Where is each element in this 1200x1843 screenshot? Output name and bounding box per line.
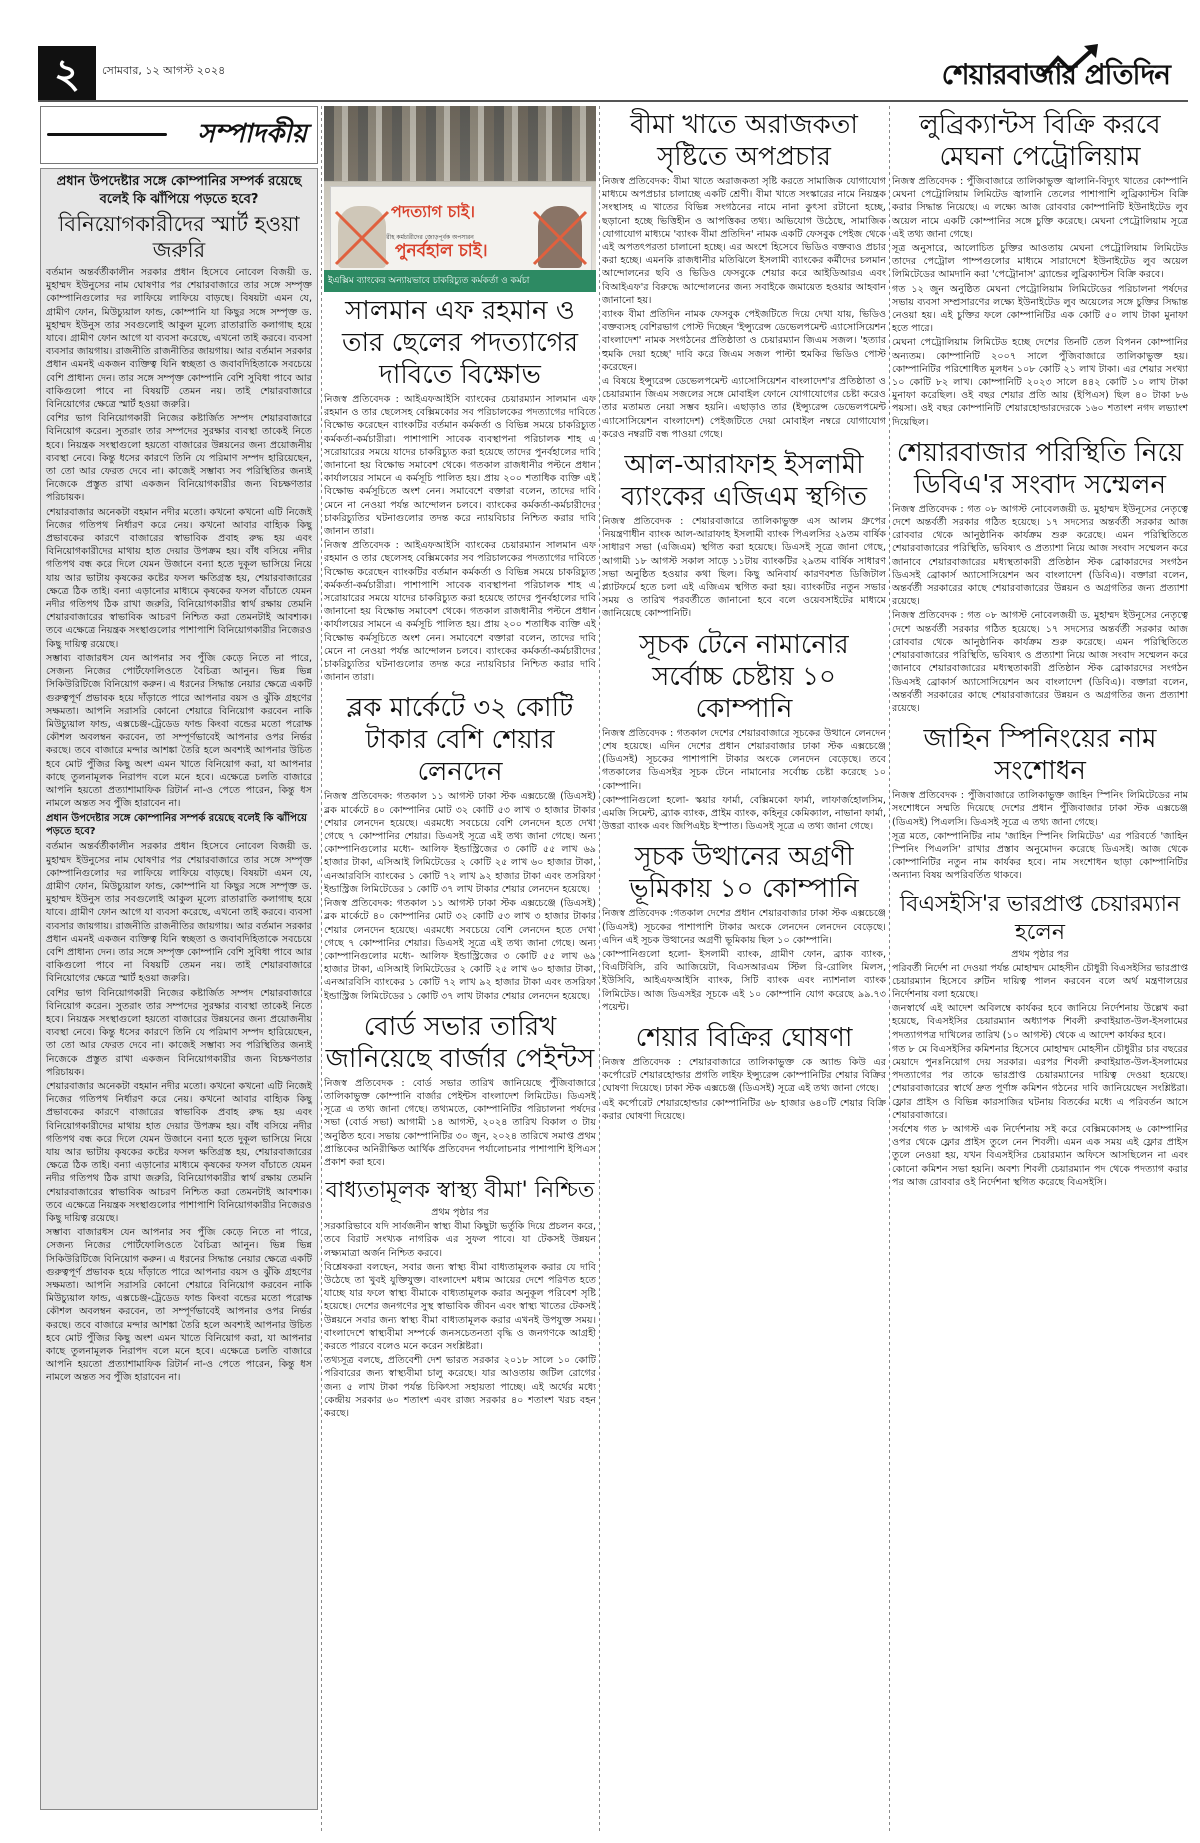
headline: আল-আরাফাহ ইসলামী ব্যাংকের এজিএম স্থগিত	[602, 449, 886, 513]
editorial-paragraph: শেয়ারবাজার অনেকটা বহমান নদীর মতো। কখনো …	[46, 506, 312, 651]
article-body: এ বিষয়ে ইন্স্যুরেন্স ডেভেলপমেন্ট এ্যাসো…	[602, 375, 886, 441]
crowd-background	[324, 106, 596, 181]
article-body: নিজস্ব প্রতিবেদক : গত ০৮ আগস্ট নোবেলজয়ী…	[892, 609, 1188, 715]
cross-mark-icon	[532, 210, 588, 266]
editorial-headline: বিনিয়োগকারীদের স্মার্ট হওয়া জরুরি	[46, 211, 312, 263]
article-body: এই কর্পোরেট শেয়ারহোল্ডার কোম্পানিটির ৬৮…	[602, 1097, 886, 1123]
article-body: নিজস্ব প্রতিবেদক : শেয়ারবাজারে তালিকাভু…	[602, 515, 886, 621]
article-body: গত ৮ মে বিএসইসির কমিশনার হিসেবে মোহাম্মদ…	[892, 1043, 1188, 1122]
article-body: সরকারিভাবে যদি সার্বজনীন স্বাস্থ্য বীমা …	[324, 1220, 596, 1260]
editorial-paragraph: বর্তমান অন্তর্বর্তীকালীন সরকার প্রধান হি…	[46, 840, 312, 985]
editorial-section-label: সম্পাদকীয়	[40, 106, 318, 164]
article-body: কোম্পানিগুলো হলো- স্কয়ার ফার্মা, বেক্সি…	[602, 794, 886, 834]
article-body: তথ্যসূত্র বলছে, প্রতিবেশী দেশ ভারত সরকার…	[324, 1354, 596, 1420]
article-body: নিজস্ব প্রতিবেদক : পুঁজিবাজারে তালিকাভুক…	[892, 175, 1188, 241]
article-body: নিজস্ব প্রতিবেদক : বোর্ড সভার তারিখ জানি…	[324, 1077, 596, 1169]
article-body: বিশ্লেষকরা বলছেন, সবার জন্য স্বাস্থ্য বী…	[324, 1261, 596, 1353]
article-body: সূত্র অনুসারে, আলোচিত চুক্তির আওতায় মেঘ…	[892, 242, 1188, 282]
column-divider	[889, 106, 890, 1831]
headline: সূচক উত্থানের অগ্রণী ভূমিকায় ১০ কোম্পান…	[602, 841, 886, 905]
editorial-kicker: প্রধান উপদেষ্টার সঙ্গে কোম্পানির সম্পর্ক…	[46, 173, 312, 209]
column-divider	[599, 106, 600, 1831]
article-body: নিজস্ব প্রতিবেদক : গতকাল দেশের শেয়ারবাজ…	[602, 727, 886, 793]
article-body: জনস্বার্থে এই আদেশ অবিলম্বে কার্যকর হবে …	[892, 1002, 1188, 1042]
headline: লুব্রিক্যান্টস বিক্রি করবে মেঘনা পেট্রোল…	[892, 109, 1188, 173]
article-body: গত ১২ জুন অনুষ্ঠিত মেঘনা পেট্রোলিয়াম লি…	[892, 283, 1188, 336]
article-body: নিজস্ব প্রতিবেদক: গতকাল ১১ আগস্ট ঢাকা স্…	[324, 897, 596, 1003]
article-body: নিজস্ব প্রতিবেদক : পুঁজিবাজারে তালিকাভুক…	[892, 789, 1188, 829]
article-body: নিজস্ব প্রতিবেদক : আইএফআইসি ব্যাংকের চেয…	[324, 393, 596, 538]
issue-date: সোমবার, ১২ আগস্ট ২০২৪	[102, 62, 225, 81]
article-body: নিজস্ব প্রতিবেদক: বীমা খাতে অরাজকতা সৃষ্…	[602, 175, 886, 307]
article-body: নিজস্ব প্রতিবেদক : গত ০৮ আগস্ট নোবেলজয়ী…	[892, 503, 1188, 609]
banner-text: পদত্যাগ চাই।	[391, 205, 475, 218]
headline: শেয়ারবাজার পরিস্থিতি নিয়ে ডিবিএ'র সংবা…	[892, 437, 1188, 501]
cross-mark-icon	[334, 210, 390, 266]
column-2: পদত্যাগ চাই। নিরীহ কর্মচারীদের জোড়পূর্ব…	[324, 106, 596, 1836]
headline: জাহিন স্পিনিংয়ের নাম সংশোধন	[892, 723, 1188, 787]
article-body: সর্বশেষ গত ৮ আগস্ট এক নির্দেশনায় সই করে…	[892, 1123, 1188, 1189]
banner-green-strip: ইএক্সিম ব্যাংকের অন্যায়ভাবে চাকরিচ্যুত …	[324, 270, 596, 292]
continued-label: প্রথম পৃষ্ঠার পর	[324, 1207, 596, 1219]
column-divider	[321, 106, 322, 1831]
editorial-paragraph: বর্তমান অন্তর্বর্তীকালীন সরকার প্রধান হি…	[46, 266, 312, 411]
article-body: নিজস্ব প্রতিবেদক : শেয়ারবাজারে তালিকাভু…	[602, 1056, 886, 1096]
decorative-swoosh	[47, 133, 167, 136]
article-body: ব্যাংক বীমা প্রতিদিন নামক ফেসবুক পেইজটিত…	[602, 308, 886, 374]
editorial-paragraph: বেশির ভাগ বিনিয়োগকারী নিজের কষ্টার্জিত …	[46, 987, 312, 1079]
editorial-paragraph: শেয়ারবাজার অনেকটা বহমান নদীর মতো। কখনো …	[46, 1080, 312, 1225]
article-body: মেঘনা পেট্রোলিয়াম লিমিটেড হচ্ছে দেশের ত…	[892, 336, 1188, 428]
banner-text: পুনর্বহাল চাই।	[395, 245, 488, 258]
protest-photo: পদত্যাগ চাই। নিরীহ কর্মচারীদের জোড়পূর্ব…	[324, 106, 596, 292]
masthead: ২ সোমবার, ১২ আগস্ট ২০২৪ শেয়ারবাজার প্রত…	[38, 44, 1188, 100]
headline: শেয়ার বিক্রির ঘোষণা	[602, 1022, 886, 1054]
article-body: সূত্র মতে, কোম্পানিটির নাম 'জাহিন স্পিনি…	[892, 830, 1188, 883]
page-number: ২	[38, 46, 96, 102]
headline: সূচক টেনে নামানোর সর্বোচ্চ চেষ্টায় ১০ ক…	[602, 629, 886, 725]
section-label-text: সম্পাদকীয়	[198, 128, 307, 141]
headline: বিএসইসি'র ভারপ্রাপ্ত চেয়ারম্যান হলেন	[892, 891, 1188, 947]
newspaper-logo: শেয়ারবাজার প্রতিদিন	[920, 44, 1170, 100]
headline: বীমা খাতে অরাজকতা সৃষ্টিতে অপপ্রচার	[602, 109, 886, 173]
article-body: নিজস্ব প্রতিবেদক :গতকাল দেশের প্রধান শেয…	[602, 907, 886, 947]
column-3: বীমা খাতে অরাজকতা সৃষ্টিতে অপপ্রচার নিজস…	[602, 106, 886, 1836]
headline: বাধ্যতামূলক স্বাস্থ্য বীমা' নিশ্চিত	[324, 1177, 596, 1205]
column-4: লুব্রিক্যান্টস বিক্রি করবে মেঘনা পেট্রোল…	[892, 106, 1188, 1836]
headline: বোর্ড সভার তারিখ জানিয়েছে বার্জার পেইন্…	[324, 1011, 596, 1075]
masthead-rule	[38, 100, 1188, 102]
editorial-box: প্রধান উপদেষ্টার সঙ্গে কোম্পানির সম্পর্ক…	[40, 168, 318, 1810]
continued-label: প্রথম পৃষ্ঠার পর	[892, 949, 1188, 961]
article-body: কোম্পানিগুলো হলো- ইসলামী ব্যাংক, গ্রামীণ…	[602, 948, 886, 1014]
article-body: নিজস্ব প্রতিবেদক: গতকাল ১১ আগস্ট ঢাকা স্…	[324, 790, 596, 896]
editorial-column: সম্পাদকীয় প্রধান উপদেষ্টার সঙ্গে কোম্পা…	[40, 106, 318, 1821]
article-body: নিজস্ব প্রতিবেদক : আইএফআইসি ব্যাংকের চেয…	[324, 539, 596, 684]
headline: ব্লক মার্কেটে ৩২ কোটি টাকার বেশি শেয়ার …	[324, 692, 596, 788]
editorial-kicker-repeat: প্রধান উপদেষ্টার সঙ্গে কোম্পানির সম্পর্ক…	[46, 812, 312, 838]
logo-text: শেয়ারবাজার প্রতিদিন	[942, 53, 1170, 100]
editorial-paragraph: সম্ভাব্য বাজারধস যেন আপনার সব পুঁজি কেড়…	[46, 1226, 312, 1384]
editorial-paragraph: বেশির ভাগ বিনিয়োগকারী নিজের কষ্টার্জিত …	[46, 412, 312, 504]
editorial-paragraph: সম্ভাব্য বাজারধস যেন আপনার সব পুঁজি কেড়…	[46, 652, 312, 810]
article-body: পরিবর্তী নির্দেশ না দেওয়া পর্যন্ত মোহাম…	[892, 962, 1188, 1002]
headline: সালমান এফ রহমান ও তার ছেলের পদত্যাগের দা…	[324, 295, 596, 391]
